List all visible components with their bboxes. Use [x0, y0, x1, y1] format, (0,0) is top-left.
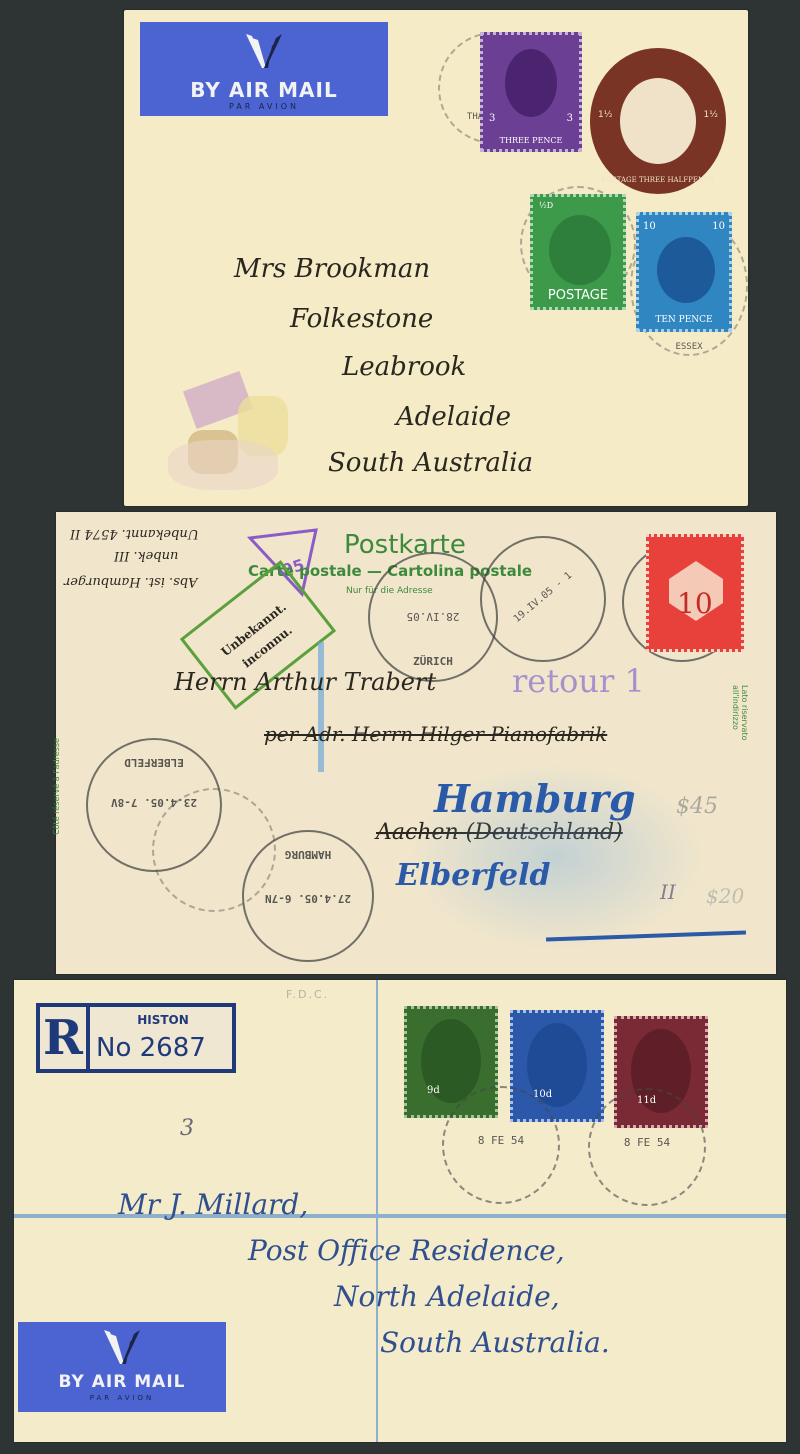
air-mail-cover-adelaide: BY AIR MAIL PAR AVION THAM.ESSEX 3 3 THR…	[124, 10, 748, 506]
postmark-histon-1: 8 FE 54	[442, 1086, 560, 1204]
blue-crayon-mark	[318, 642, 324, 772]
postmark-histon-2: 8 FE 54	[588, 1088, 706, 1206]
registration-line-vertical	[376, 980, 378, 1442]
registered-fdc-cover: F.D.C. R HISTON No 2687 3 9d 10d 11d 8 F…	[14, 980, 786, 1442]
pencil-note-3: 3	[180, 1116, 194, 1141]
forward-elberfeld: Elberfeld	[396, 858, 551, 893]
par-avion-text: PAR AVION	[140, 102, 388, 111]
address-line-4: Adelaide	[396, 402, 511, 432]
registration-number: No 2687	[96, 1033, 232, 1063]
registration-r: R	[40, 1007, 90, 1069]
fdc-note: F.D.C.	[286, 988, 329, 1001]
address-line-4: South Australia.	[380, 1326, 610, 1359]
stamp-three-pence: 3 3 THREE PENCE	[480, 32, 582, 152]
address-line-3: North Adelaide,	[334, 1280, 560, 1313]
note-upside-down-3: Abs. ist. Hamburger	[64, 574, 198, 589]
address-line-1: Herrn Arthur Trabert	[174, 668, 436, 696]
address-line-1: Mrs Brookman	[234, 254, 430, 284]
address-line-5: South Australia	[328, 448, 533, 478]
side-text-left: Côté réservé à l'adresse	[52, 738, 61, 835]
postmark-zurich-19: 19.IV.05 - 1	[480, 536, 606, 662]
address-line-3: Leabrook	[342, 352, 466, 382]
pencil-note-20: $20	[706, 884, 744, 908]
address-line-2: per Adr. Herrn Hilger Pianofabrik	[264, 722, 607, 746]
retour-handstamp: retour 1	[512, 662, 645, 700]
registration-label: R HISTON No 2687	[36, 1003, 236, 1073]
air-mail-etiquette: BY AIR MAIL PAR AVION	[140, 22, 388, 116]
air-mail-etiquette-2: BY AIR MAIL PAR AVION	[18, 1322, 226, 1412]
address-line-1: Mr J. Millard,	[118, 1188, 308, 1221]
stamp-helvetia-10c: 10	[646, 534, 744, 652]
forward-hamburg: Hamburg	[434, 776, 636, 821]
pencil-note-45: $45	[676, 794, 718, 819]
postmark-zurich: 28.IV.05 ZÜRICH	[368, 552, 498, 682]
swiss-postcard: Unbekannt. 4574 II unbek. III Abs. ist. …	[56, 512, 776, 974]
registration-office: HISTON	[94, 1013, 232, 1027]
par-avion-text: PAR AVION	[18, 1394, 226, 1402]
wing-icon	[100, 1328, 144, 1366]
postmark-hamburg: 27.4.05. 6-7N HAMBURG	[242, 830, 374, 962]
note-upside-down-2: unbek. III	[114, 548, 178, 563]
note-upside-down-1: Unbekannt. 4574 II	[70, 526, 199, 541]
stamp-half-penny-green: ½D POSTAGE	[530, 194, 626, 310]
pencil-note-II: II	[660, 880, 676, 904]
stamp-remnants	[168, 370, 308, 500]
air-mail-text: BY AIR MAIL	[140, 78, 388, 102]
stamp-ten-pence-blue: 10 10 TEN PENCE	[636, 212, 732, 332]
address-line-2: Folkestone	[290, 304, 433, 334]
side-text-right: Lato riservato all'indirizzo	[731, 685, 749, 757]
embossed-stamp-three-halfpence: 1½ 1½ POSTAGE THREE HALFPENCE	[590, 48, 726, 194]
address-line-2: Post Office Residence,	[248, 1234, 565, 1267]
air-mail-text: BY AIR MAIL	[18, 1372, 226, 1392]
wing-icon	[242, 32, 286, 70]
